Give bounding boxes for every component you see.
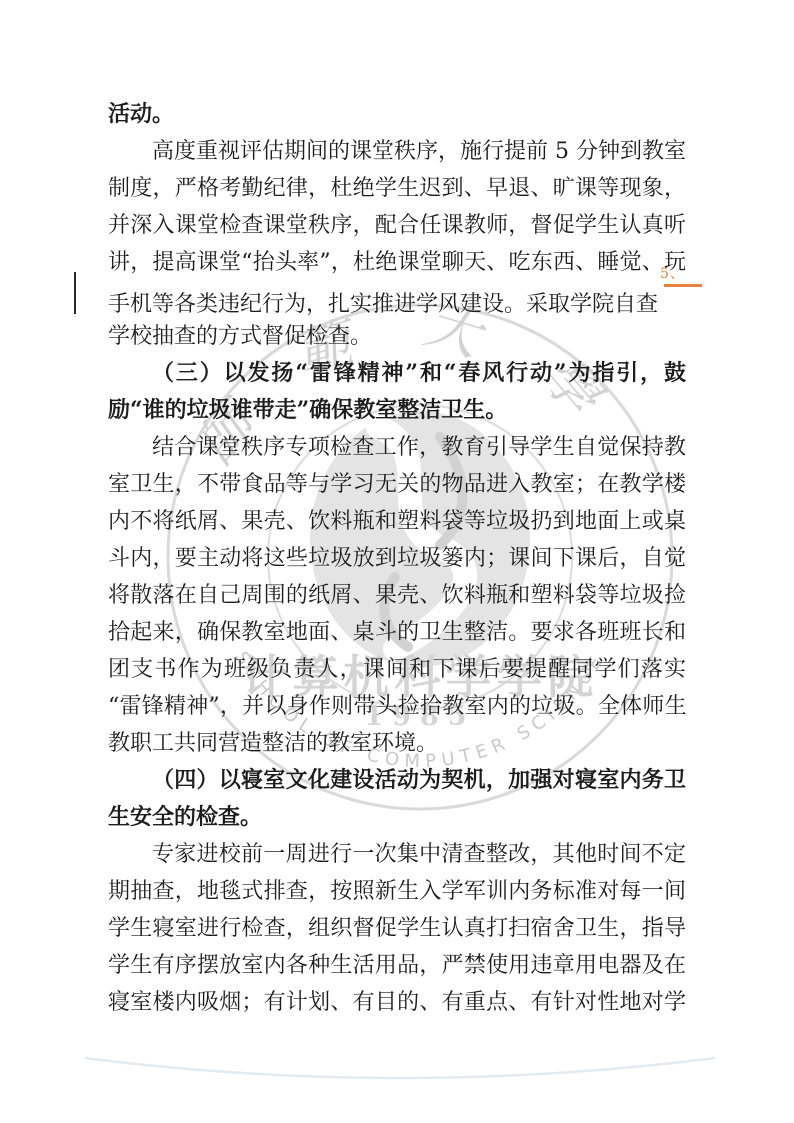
text-line-content: 学校抽查的方式督促检查。 — [108, 324, 372, 349]
text-line-content: 结合课堂秩序专项检查工作，教育引导学生自觉保持教 — [152, 435, 686, 460]
text-line: 教职工共同营造整洁的教室环境。 — [108, 725, 686, 762]
text-line: 专家进校前一周进行一次集中清查整改，其他时间不定 — [108, 836, 686, 873]
text-line-content: 室卫生，不带食品等与学习无关的物品进入教室；在教学楼 — [108, 472, 686, 497]
text-line-content: （四）以寝室文化建设活动为契机，加强对寝室内务卫 — [152, 767, 686, 793]
text-line: 活动。 — [108, 96, 686, 133]
text-line-content: 生安全的检查。 — [108, 804, 262, 830]
text-line-content: “雷锋精神”，并以身作则带头捡拾教室内的垃圾。全体师生 — [108, 694, 686, 719]
text-line: 生安全的检查。 — [108, 799, 686, 836]
document-body: 活动。高度重视评估期间的课堂秩序，施行提前 5 分钟到教室制度，严格考勤纪律，杜… — [108, 96, 686, 1021]
text-line: 团支书作为班级负责人，课间和下课后要提醒同学们落实 — [108, 651, 686, 688]
text-line: 内不将纸屑、果壳、饮料瓶和塑料袋等垃圾扔到地面上或桌 — [108, 503, 686, 540]
text-line: 并深入课堂检查课堂秩序，配合任课教师，督促学生认真听 — [108, 207, 686, 244]
text-line-content: 团支书作为班级负责人，课间和下课后要提醒同学们落实 — [108, 657, 686, 682]
text-line-content: 内不将纸屑、果壳、饮料瓶和塑料袋等垃圾扔到地面上或桌 — [108, 509, 686, 534]
bottom-decorative-curve — [0, 1040, 794, 1110]
text-line: 学生有序摆放室内各种生活用品，严禁使用违章用电器及在 — [108, 947, 686, 984]
text-line: 高度重视评估期间的课堂秩序，施行提前 5 分钟到教室 — [108, 133, 686, 170]
text-line-content: 教职工共同营造整洁的教室环境。 — [108, 731, 438, 756]
text-line: 将散落在自己周围的纸屑、果壳、饮料瓶和塑料袋等垃圾捡 — [108, 577, 686, 614]
text-line-content: 并深入课堂检查课堂秩序，配合任课教师，督促学生认真听 — [108, 213, 686, 238]
text-line-content: 期抽查，地毯式排查，按照新生入学军训内务标准对每一间 — [108, 879, 686, 904]
revision-underline — [664, 284, 702, 287]
text-line-content: 手机等各类违纪行为，扎实推进学风建设。采取学院自查 — [108, 292, 658, 317]
text-line: “雷锋精神”，并以身作则带头捡拾教室内的垃圾。全体师生 — [108, 688, 686, 725]
text-line: 斗内，要主动将这些垃圾放到垃圾篓内；课间下课后，自觉 — [108, 540, 686, 577]
text-line: 制度，严格考勤纪律，杜绝学生迟到、早退、旷课等现象， — [108, 170, 686, 207]
revision-annotation-text: 5、 — [660, 267, 685, 281]
text-line: （四）以寝室文化建设活动为契机，加强对寝室内务卫 — [108, 762, 686, 799]
revision-annotation: 5、 — [658, 281, 704, 311]
text-line: 学校抽查的方式督促检查。 — [108, 318, 686, 355]
text-line-content: 学生寝室进行检查，组织督促学生认真打扫宿舍卫生，指导 — [108, 916, 686, 941]
text-line-content: 斗内，要主动将这些垃圾放到垃圾篓内；课间下课后，自觉 — [108, 546, 686, 571]
revision-change-bar — [74, 272, 76, 314]
text-line-content: 寝室楼内吸烟；有计划、有目的、有重点、有针对性地对学 — [108, 990, 686, 1015]
text-line-content: （三）以发扬“雷锋精神”和“春风行动”为指引，鼓 — [152, 360, 686, 386]
text-line: 室卫生，不带食品等与学习无关的物品进入教室；在教学楼 — [108, 466, 686, 503]
text-line: 拾起来，确保教室地面、桌斗的卫生整洁。要求各班班长和 — [108, 614, 686, 651]
text-line-content: 将散落在自己周围的纸屑、果壳、饮料瓶和塑料袋等垃圾捡 — [108, 583, 686, 608]
text-line-content: 励“谁的垃圾谁带走”确保教室整洁卫生。 — [108, 397, 507, 423]
text-line-content: 活动。 — [108, 101, 174, 127]
text-line: 手机等各类违纪行为，扎实推进学风建设。采取学院自查5、 — [108, 281, 686, 318]
text-line: 期抽查，地毯式排查，按照新生入学军训内务标准对每一间 — [108, 873, 686, 910]
text-line-content: 高度重视评估期间的课堂秩序，施行提前 5 分钟到教室 — [152, 139, 686, 164]
text-line-content: 学生有序摆放室内各种生活用品，严禁使用违章用电器及在 — [108, 953, 686, 978]
text-line: 讲，提高课堂“抬头率”，杜绝课堂聊天、吃东西、睡觉、玩 — [108, 244, 686, 281]
text-line-content: 制度，严格考勤纪律，杜绝学生迟到、早退、旷课等现象， — [108, 176, 686, 201]
text-line: 学生寝室进行检查，组织督促学生认真打扫宿舍卫生，指导 — [108, 910, 686, 947]
text-line-content: 专家进校前一周进行一次集中清查整改，其他时间不定 — [152, 842, 686, 867]
text-line-content: 讲，提高课堂“抬头率”，杜绝课堂聊天、吃东西、睡觉、玩 — [108, 250, 686, 275]
text-line: 励“谁的垃圾谁带走”确保教室整洁卫生。 — [108, 392, 686, 429]
text-line: 结合课堂秩序专项检查工作，教育引导学生自觉保持教 — [108, 429, 686, 466]
document-page: { "page": { "background": "#ffffff", "te… — [0, 0, 794, 1123]
text-line: （三）以发扬“雷锋精神”和“春风行动”为指引，鼓 — [108, 355, 686, 392]
text-line-content: 拾起来，确保教室地面、桌斗的卫生整洁。要求各班班长和 — [108, 620, 686, 645]
text-line: 寝室楼内吸烟；有计划、有目的、有重点、有针对性地对学 — [108, 984, 686, 1021]
